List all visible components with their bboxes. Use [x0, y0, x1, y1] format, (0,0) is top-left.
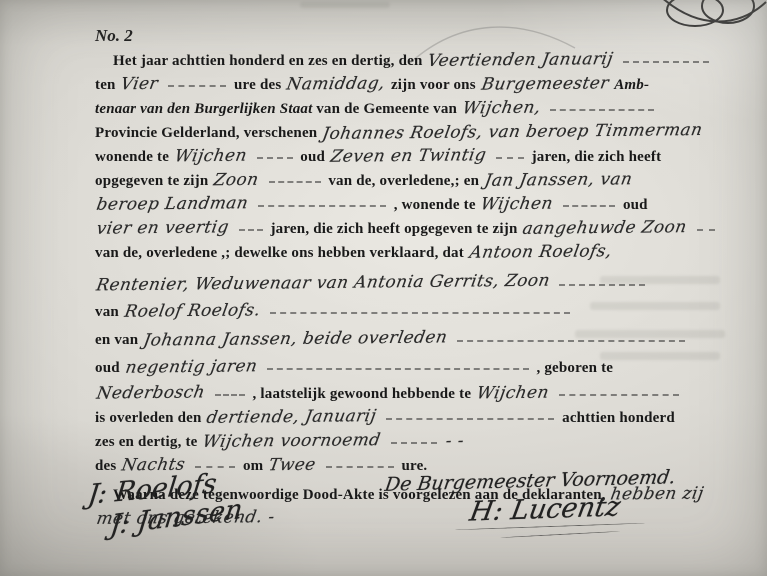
document-line: ten Vier ure des Namiddag, zijn voor ons… — [95, 72, 740, 96]
handwritten-text: Jan Janssen, van — [481, 167, 636, 191]
document-line: van Roelof Roelofs. — [95, 297, 740, 325]
printed-text: jaren, die zich heeft — [532, 149, 662, 165]
document-line: van de, overledene ,; dewelke ons hebben… — [95, 240, 740, 264]
document-line: tenaar van den Burgerlijken Staat van de… — [95, 96, 740, 120]
printed-text: oud — [623, 197, 648, 213]
handwritten-text: Johannes Roelofs, van beroep Timmerman — [319, 118, 707, 144]
handwritten-text: Johanna Janssen, beide overleden — [140, 323, 452, 352]
handwritten-text: Nederbosch — [93, 380, 209, 403]
filler-stroke — [550, 104, 654, 111]
document-text-block: No. 2 Het jaar achttien honderd en zes e… — [95, 26, 740, 530]
filler-stroke — [267, 363, 529, 370]
death-certificate-document: No. 2 Het jaar achttien honderd en zes e… — [0, 0, 767, 576]
document-line: en van Johanna Janssen, beide overleden — [95, 325, 740, 353]
act-text-lines: Het jaar achttien honderd en zes en dert… — [95, 48, 740, 530]
filler-stroke — [195, 461, 235, 468]
handwritten-text: Zeven en Twintig — [327, 143, 490, 167]
printed-text: , geboren te — [536, 360, 613, 376]
document-line: wonende te Wijchen oud Zeven en Twintig … — [95, 144, 740, 168]
filler-stroke — [239, 224, 263, 231]
filler-stroke — [326, 461, 394, 468]
printed-text: Provincie Gelderland, verschenen — [95, 125, 317, 141]
handwritten-text: dertiende, Januarij — [203, 404, 380, 428]
filler-stroke — [623, 56, 709, 63]
printed-text: Het jaar achttien honderd en zes en dert… — [113, 53, 423, 69]
handwritten-text: vier en veertig — [93, 215, 233, 238]
printed-text: oud — [300, 149, 325, 165]
signature-burgemeester: H: Lucentz — [467, 491, 623, 527]
signature-flourish-line — [500, 531, 620, 538]
bleed-through-smudge — [300, 2, 390, 8]
filler-stroke — [496, 152, 524, 159]
filler-stroke — [563, 200, 615, 207]
document-line: vier en veertig jaren, die zich heeft op… — [95, 216, 740, 240]
handwritten-text: Wijchen — [171, 144, 251, 167]
handwritten-text: Wijchen — [478, 192, 558, 215]
printed-text: van de, overledene,; en — [328, 173, 479, 189]
handwritten-text: negentig jaren — [121, 352, 261, 379]
document-line: is overleden den dertiende, Januarij ach… — [95, 405, 740, 429]
printed-text: zes en dertig, te — [95, 434, 198, 450]
act-number: No. 2 — [95, 26, 740, 46]
document-line: oud negentig jaren , geboren te — [95, 353, 740, 381]
printed-text: , wonende te — [394, 197, 476, 213]
handwritten-text: Rentenier, Weduwenaar van Antonia Gerrit… — [92, 267, 554, 298]
document-line: beroep Landman , wonende te Wijchen oud — [95, 192, 740, 216]
document-line: Het jaar achttien honderd en zes en dert… — [95, 48, 740, 72]
handwritten-text: Wijchen, — [459, 96, 545, 119]
handwritten-text: Antoon Roelofs, — [466, 239, 616, 263]
filler-stroke — [257, 152, 293, 159]
filler-stroke — [270, 307, 570, 314]
printed-text: Amb- — [614, 77, 649, 93]
handwritten-text: Wijchen — [473, 381, 553, 404]
document-line: Rentenier, Weduwenaar van Antonia Gerrit… — [95, 269, 740, 297]
printed-text: oud — [95, 360, 120, 376]
filler-stroke — [386, 413, 554, 420]
signature-block: J: Roelofs J: Janssen De Burgemeester Vo… — [0, 468, 767, 576]
filler-stroke — [215, 389, 245, 396]
filler-stroke — [559, 389, 679, 396]
filler-stroke — [269, 176, 321, 183]
handwritten-text: Zoon — [210, 168, 262, 191]
printed-text: en van — [95, 332, 138, 348]
printed-text: tenaar van den Burgerlijken Staat — [95, 101, 312, 117]
document-line: Provincie Gelderland, verschenen Johanne… — [95, 120, 740, 144]
filler-stroke — [258, 200, 386, 207]
printed-text: van de Gemeente van — [316, 101, 457, 117]
document-line: opgegeven te zijn Zoon van de, overleden… — [95, 168, 740, 192]
filler-stroke — [559, 279, 645, 286]
burgemeester-title: De Burgemeester Voornoemd. — [383, 466, 677, 496]
handwritten-text: Namiddag, — [283, 71, 389, 94]
printed-text: van — [95, 304, 119, 320]
printed-text: jaren, die zich heeft opgegeven te zijn — [270, 221, 517, 237]
handwritten-text: Wijchen voornoemd — [199, 428, 384, 452]
handwritten-text: Roelof Roelofs. — [120, 296, 264, 323]
printed-text: ure des — [234, 77, 281, 93]
printed-text: zijn voor ons — [391, 77, 476, 93]
printed-text: , laatstelijk gewoond hebbende te — [252, 386, 471, 402]
filler-stroke — [168, 80, 226, 87]
filler-stroke — [457, 335, 685, 342]
document-line: zes en dertig, te Wijchen voornoemd - - — [95, 429, 740, 453]
handwritten-text: Vier — [117, 72, 162, 94]
printed-text: wonende te — [95, 149, 169, 165]
printed-text: opgegeven te zijn — [95, 173, 208, 189]
document-line: Nederbosch , laatstelijk gewoond hebbend… — [95, 381, 740, 405]
printed-text: is overleden den — [95, 410, 202, 426]
handwritten-text: Veertienden Januarij — [424, 47, 617, 71]
printed-text: achttien honderd — [562, 410, 675, 426]
filler-stroke — [697, 224, 715, 231]
filler-stroke — [391, 437, 437, 444]
handwritten-text: beroep Landman — [93, 191, 252, 215]
handwritten-text: aangehuwde Zoon — [519, 215, 691, 239]
handwritten-text: - - — [442, 429, 468, 451]
handwritten-text: Burgemeester — [478, 71, 613, 94]
printed-text: van de, overledene ,; dewelke ons hebben… — [95, 245, 464, 261]
printed-text: ten — [95, 77, 116, 93]
